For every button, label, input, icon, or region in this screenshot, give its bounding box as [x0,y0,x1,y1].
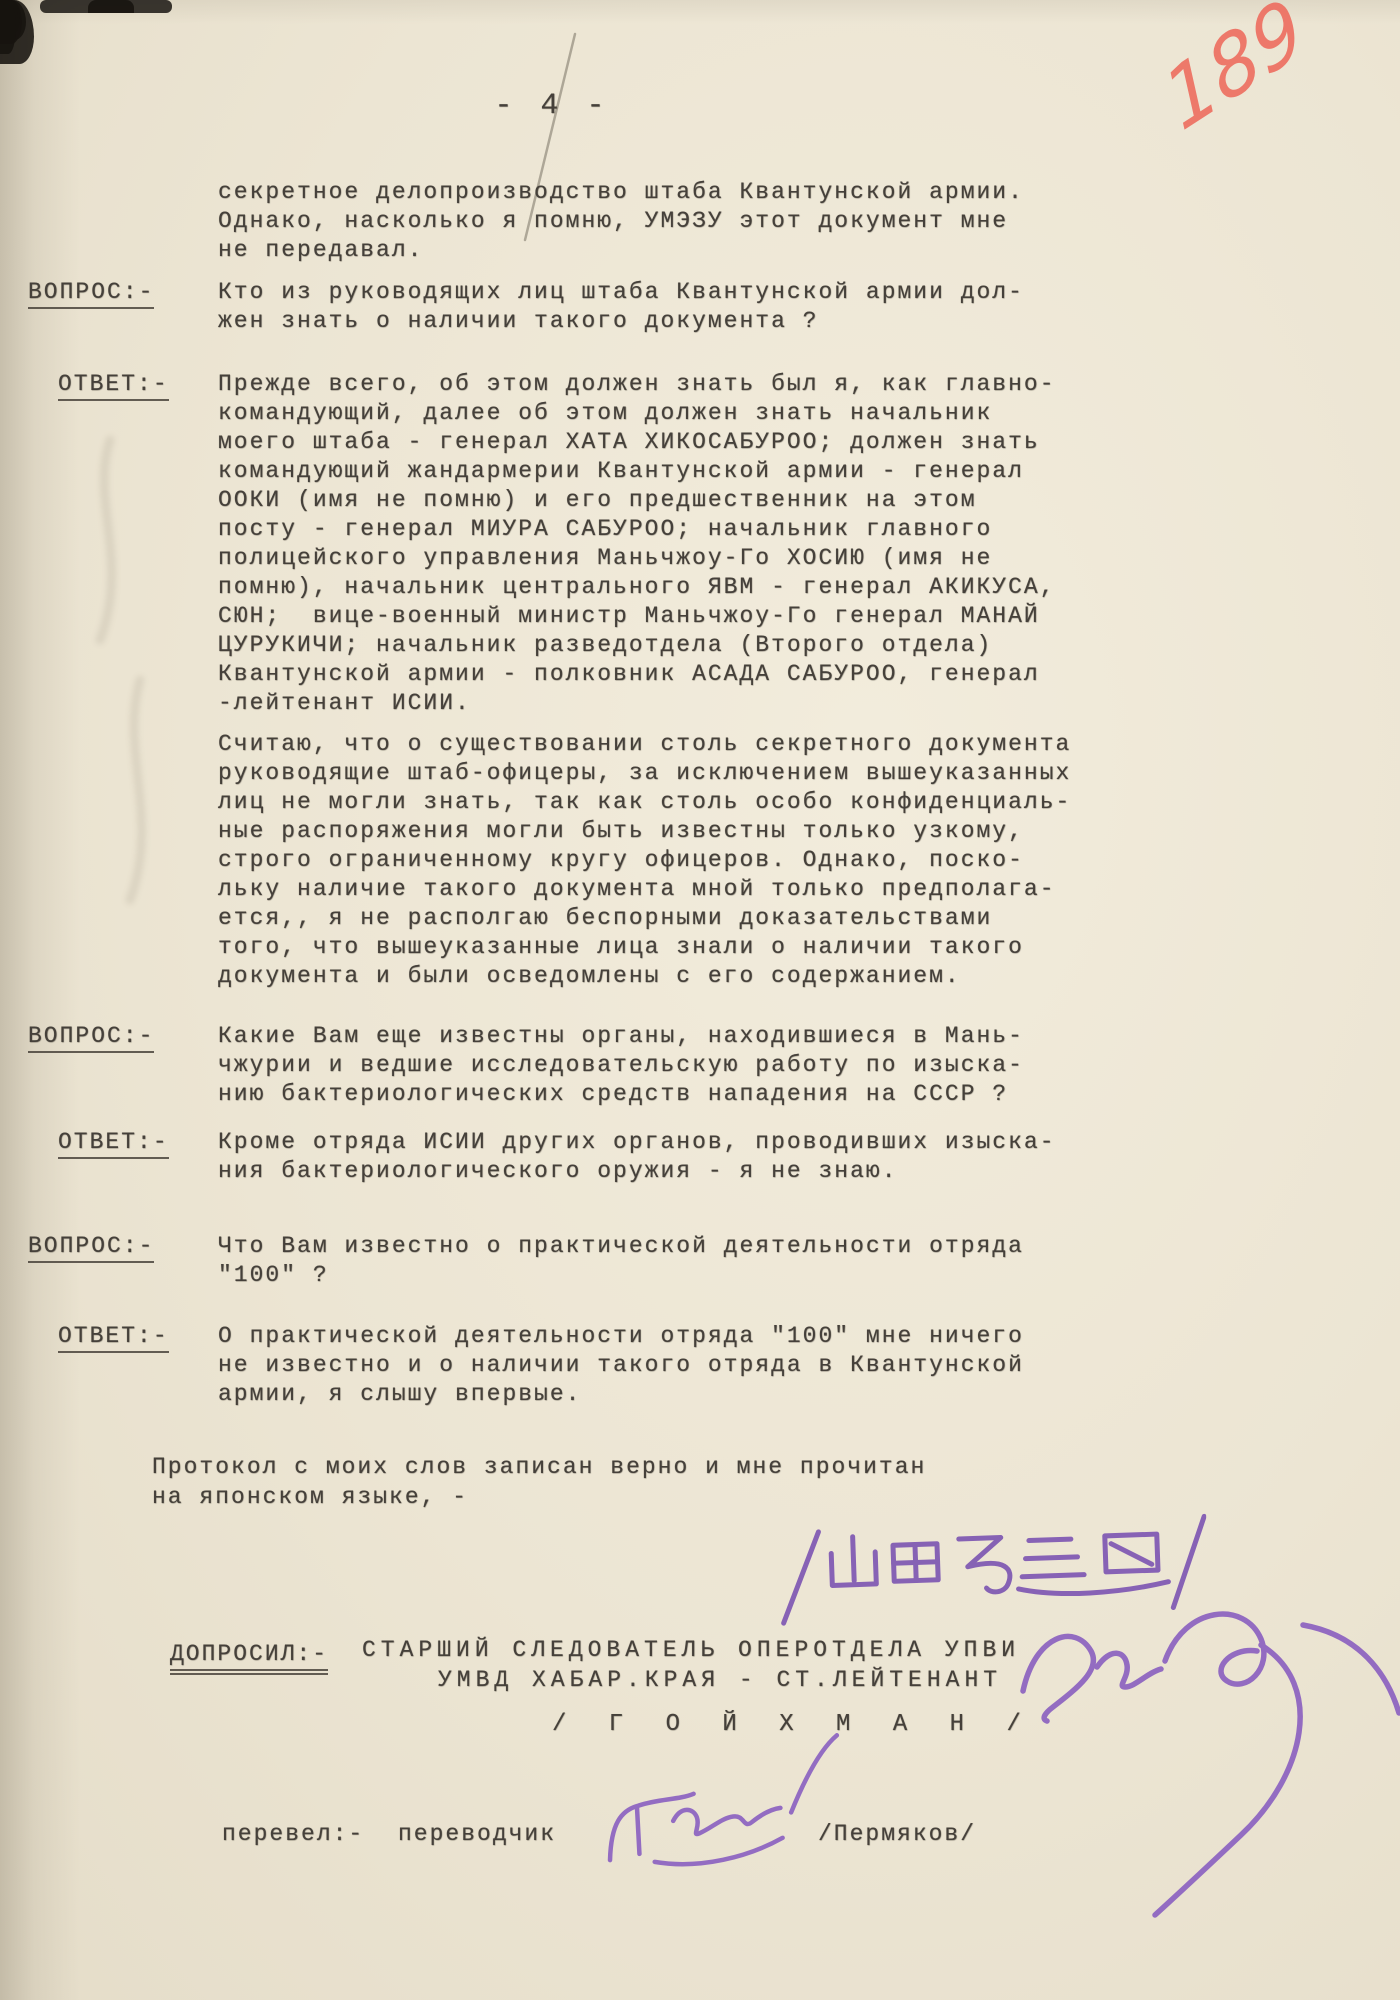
text-line: Кроме отряда ИСИИ других органов, провод… [218,1128,1056,1157]
answer-label-text: ОТВЕТ:- [58,1323,169,1353]
text-line: ЦУРУКИЧИ; начальник разведотдела (Второг… [218,631,1056,660]
translated-by-label: перевел:- [222,1820,364,1849]
intro-paragraph: секретное делопроизводство штаба Квантун… [218,178,1024,265]
text-line: на японском языке, - [152,1482,926,1512]
text-line: посту - генерал МИУРА САБУРОО; начальник… [218,515,1056,544]
interrogator-title-line2: УМВД ХАБАР.КРАЯ - СТ.ЛЕЙТЕНАНТ [438,1666,1002,1695]
question-text: Кто из руководящих лиц штаба Квантунской… [218,278,1024,336]
permyakov-signature [584,1727,860,1892]
text-line: Какие Вам еще известны органы, находивши… [218,1022,1024,1051]
text-line: О практической деятельности отряда "100"… [218,1322,1024,1351]
scan-blotch [88,0,134,13]
interrogated-by-label: ДОПРОСИЛ:- [170,1640,328,1669]
interrogated-by-label-text: ДОПРОСИЛ:- [170,1641,328,1675]
answer-text: Прежде всего, об этом должен знать был я… [218,370,1056,718]
text-line: Однако, насколько я помню, УМЭЗУ этот до… [218,207,1024,236]
text-line: секретное делопроизводство штаба Квантун… [218,178,1024,207]
question-label: ВОПРОС:- [28,278,154,307]
question-label-text: ВОПРОС:- [28,1233,154,1263]
question-text: Какие Вам еще известны органы, находивши… [218,1022,1024,1109]
text-line: -лейтенант ИСИИ. [218,689,1056,718]
text-line: жен знать о наличии такого документа ? [218,307,1024,336]
text-line: того, что вышеуказанные лица знали о нал… [218,933,1071,962]
closing-statement: Протокол с моих слов записан верно и мне… [152,1452,926,1512]
answer-text: Считаю, что о существовании столь секрет… [218,730,1071,991]
question-label-text: ВОПРОС:- [28,1023,154,1053]
text-line: СЮН; вице-военный министр Маньчжоу-Го ге… [218,602,1056,631]
text-line: Считаю, что о существовании столь секрет… [218,730,1071,759]
text-line: командующий, далее об этом должен знать … [218,399,1056,428]
text-line: Квантунской армии - полковник АСАДА САБУ… [218,660,1056,689]
scanned-protocol-page: - 4 - 189 секретное делопроизводство шта… [0,0,1400,2000]
answer-label: ОТВЕТ:- [58,1128,169,1157]
text-line: Кто из руководящих лиц штаба Квантунской… [218,278,1024,307]
text-line: ООКИ (имя не помню) и его предшественник… [218,486,1056,515]
text-line: армии, я слышу впервые. [218,1380,1024,1409]
answer-text: О практической деятельности отряда "100"… [218,1322,1024,1409]
text-line: чжурии и ведшие исследовательскую работу… [218,1051,1024,1080]
text-line: "100" ? [218,1261,1024,1290]
answer-label: ОТВЕТ:- [58,1322,169,1351]
answer-label: ОТВЕТ:- [58,370,169,399]
text-line: Прежде всего, об этом должен знать был я… [218,370,1056,399]
text-line: лиц не могли знать, так как столь особо … [218,788,1071,817]
text-line: командующий жандармерии Квантунской арми… [218,457,1056,486]
text-line: строго ограниченному кругу офицеров. Одн… [218,846,1071,875]
question-label: ВОПРОС:- [28,1022,154,1051]
answer-label-text: ОТВЕТ:- [58,371,169,401]
text-line: помню), начальник центрального ЯВМ - ген… [218,573,1056,602]
scan-blotch [0,0,16,54]
text-line: полицейского управления Маньчжоу-Го ХОСИ… [218,544,1056,573]
text-line: не известно и о наличии такого отряда в … [218,1351,1024,1380]
answer-text: Кроме отряда ИСИИ других органов, провод… [218,1128,1056,1186]
text-line: льку наличие такого документа мной тольк… [218,875,1071,904]
text-line: Протокол с моих слов записан верно и мне… [152,1452,926,1482]
question-label-text: ВОПРОС:- [28,279,154,309]
text-line: руководящие штаб-офицеры, за исключением… [218,759,1071,788]
text-line: ется,, я не располгаю беспорными доказат… [218,904,1071,933]
text-line: Что Вам известно о практической деятельн… [218,1232,1024,1261]
faint-margin-pencil-marks [40,420,190,980]
question-text: Что Вам известно о практической деятельн… [218,1232,1024,1290]
text-line: моего штаба - генерал ХАТА ХИКОСАБУРОО; … [218,428,1056,457]
text-line: нию бактериологических средств нападения… [218,1080,1024,1109]
translator-role: переводчик [398,1820,556,1849]
text-line: документа и были осведомлены с его содер… [218,962,1071,991]
text-line: ные распоряжения могли быть известны тол… [218,817,1071,846]
interrogator-title-line1: СТАРШИЙ СЛЕДОВАТЕЛЬ ОПЕРОТДЕЛА УПВИ [362,1636,1020,1665]
text-line: ния бактериологического оружия - я не зн… [218,1157,1056,1186]
question-label: ВОПРОС:- [28,1232,154,1261]
answer-label-text: ОТВЕТ:- [58,1129,169,1159]
text-line: не передавал. [218,236,1024,265]
scan-top-shadow [0,0,1400,24]
goikhman-signature [1005,1595,1400,1925]
